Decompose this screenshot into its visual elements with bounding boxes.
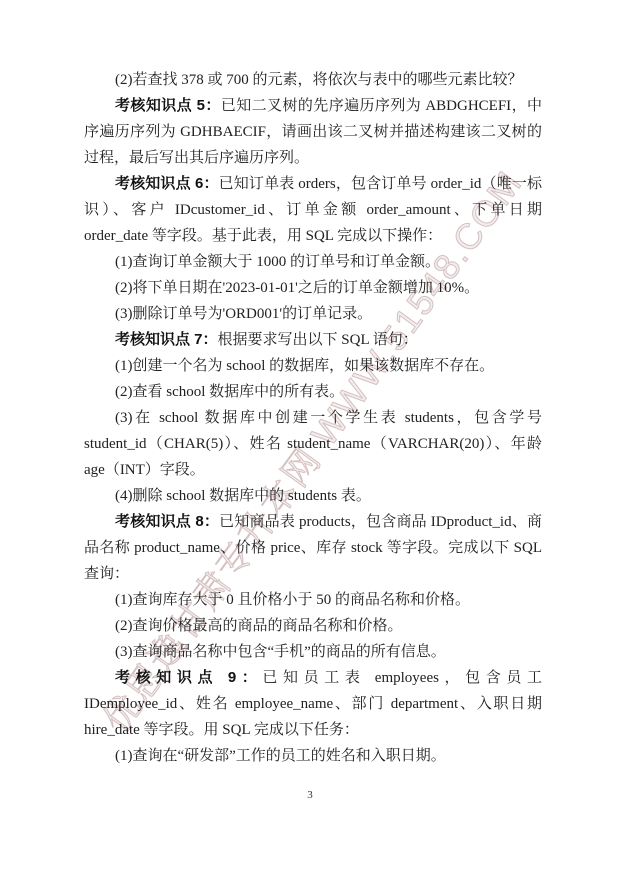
paragraph: 考核知识点 7：根据要求写出以下 SQL 语句： <box>84 327 542 353</box>
paragraph-text: (1)查询库存大于 0 且价格小于 50 的商品名称和价格。 <box>115 592 470 608</box>
paragraph: 考核知识点 9：已知员工表 employees，包含员工 IDemployee_… <box>84 665 542 743</box>
document-body: (2)若查找 378 或 700 的元素，将依次与表中的哪些元素比较？考核知识点… <box>84 67 542 769</box>
paragraph: 考核知识点 8：已知商品表 products，包含商品 IDproduct_id… <box>84 509 542 587</box>
paragraph: 考核知识点 5：已知二叉树的先序遍历序列为 ABDGHCEFI，中序遍历序列为 … <box>84 93 542 171</box>
paragraph: (3)查询商品名称中包含“手机”的商品的所有信息。 <box>84 639 542 665</box>
paragraph-text: (3)删除订单号为'ORD001'的订单记录。 <box>115 306 372 322</box>
paragraph: (3)删除订单号为'ORD001'的订单记录。 <box>84 301 542 327</box>
paragraph-text: (2)将下单日期在'2023-01-01'之后的订单金额增加 10%。 <box>115 280 479 296</box>
paragraph-text: (2)若查找 378 或 700 的元素，将依次与表中的哪些元素比较？ <box>115 72 523 88</box>
paragraph: (2)将下单日期在'2023-01-01'之后的订单金额增加 10%。 <box>84 275 542 301</box>
knowledge-point-label: 考核知识点 6： <box>115 175 219 192</box>
paragraph: (1)创建一个名为 school 的数据库，如果该数据库不存在。 <box>84 353 542 379</box>
paragraph: (1)查询库存大于 0 且价格小于 50 的商品名称和价格。 <box>84 587 542 613</box>
paragraph: (2)查询价格最高的商品的商品名称和价格。 <box>84 613 542 639</box>
paragraph: (2)若查找 378 或 700 的元素，将依次与表中的哪些元素比较？ <box>84 67 542 93</box>
paragraph-text: (1)创建一个名为 school 的数据库，如果该数据库不存在。 <box>115 358 494 374</box>
knowledge-point-label: 考核知识点 8： <box>115 513 219 530</box>
knowledge-point-label: 考核知识点 9： <box>115 669 262 686</box>
paragraph: (2)查看 school 数据库中的所有表。 <box>84 379 542 405</box>
paragraph: (1)查询在“研发部”工作的员工的姓名和入职日期。 <box>84 743 542 769</box>
page-number: 3 <box>0 789 620 801</box>
paragraph-text: (1)查询在“研发部”工作的员工的姓名和入职日期。 <box>115 748 446 764</box>
paragraph: (1)查询订单金额大于 1000 的订单号和订单金额。 <box>84 249 542 275</box>
paragraph-text: (3)查询商品名称中包含“手机”的商品的所有信息。 <box>115 644 446 660</box>
paragraph-text: (3)在 school 数据库中创建一个学生表 students，包含学号 st… <box>84 410 542 478</box>
knowledge-point-label: 考核知识点 5： <box>115 97 221 114</box>
paragraph: (3)在 school 数据库中创建一个学生表 students，包含学号 st… <box>84 405 542 483</box>
paragraph-text: (2)查看 school 数据库中的所有表。 <box>115 384 344 400</box>
paragraph: 考核知识点 6：已知订单表 orders，包含订单号 order_id（唯一标识… <box>84 171 542 249</box>
paragraph-text: (2)查询价格最高的商品的商品名称和价格。 <box>115 618 403 634</box>
paragraph: (4)删除 school 数据库中的 students 表。 <box>84 483 542 509</box>
document-page: 优思逸甘肃专升本网 WWW.51548.COM (2)若查找 378 或 700… <box>0 0 620 876</box>
paragraph-text: 根据要求写出以下 SQL 语句： <box>218 332 418 348</box>
paragraph-text: (4)删除 school 数据库中的 students 表。 <box>115 488 371 504</box>
paragraph-text: (1)查询订单金额大于 1000 的订单号和订单金额。 <box>115 254 440 270</box>
knowledge-point-label: 考核知识点 7： <box>115 331 218 348</box>
